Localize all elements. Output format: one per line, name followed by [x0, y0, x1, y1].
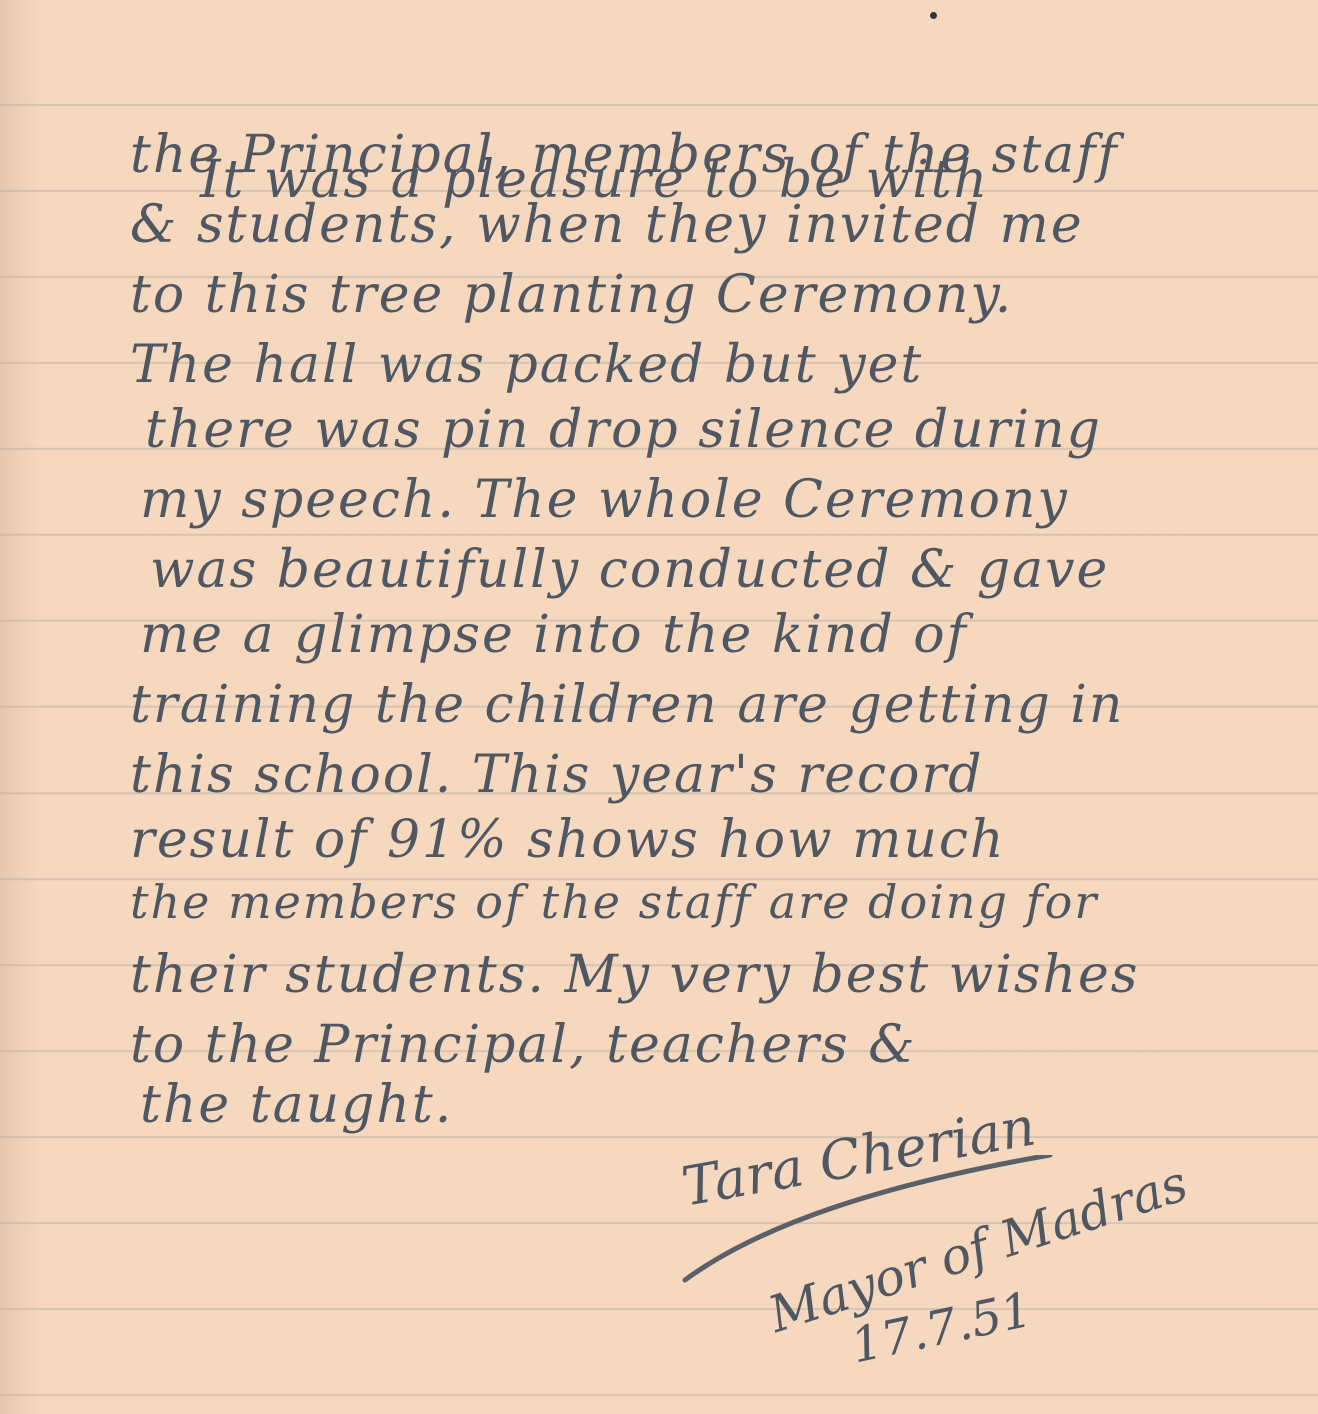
text-line-7: my speech. The whole Ceremony: [140, 470, 1069, 530]
text-line-9: me a glimpse into the kind of: [140, 605, 968, 665]
ink-dot: [930, 12, 937, 19]
text-line-4: to this tree planting Ceremony.: [130, 265, 1013, 325]
text-line-2: the Principal, members of the staff: [130, 125, 1119, 185]
handwritten-page: It was a pleasure to be with the Princip…: [0, 0, 1318, 1414]
text-line-15: to the Principal, teachers &: [130, 1015, 917, 1075]
text-line-16: the taught.: [140, 1075, 453, 1135]
text-line-8: was beautifully conducted & gave: [150, 540, 1109, 600]
text-line-14: their students. My very best wishes: [130, 945, 1139, 1005]
text-line-10: training the children are getting in: [130, 675, 1124, 735]
text-line-12: result of 91% shows how much: [130, 810, 1006, 870]
text-line-5: The hall was packed but yet: [130, 335, 923, 395]
text-line-11: this school. This year's record: [130, 745, 984, 805]
text-line-6: there was pin drop silence during: [145, 400, 1102, 460]
text-line-3: & students, when they invited me: [130, 195, 1084, 255]
text-line-13: the members of the staff are doing for: [130, 875, 1098, 929]
